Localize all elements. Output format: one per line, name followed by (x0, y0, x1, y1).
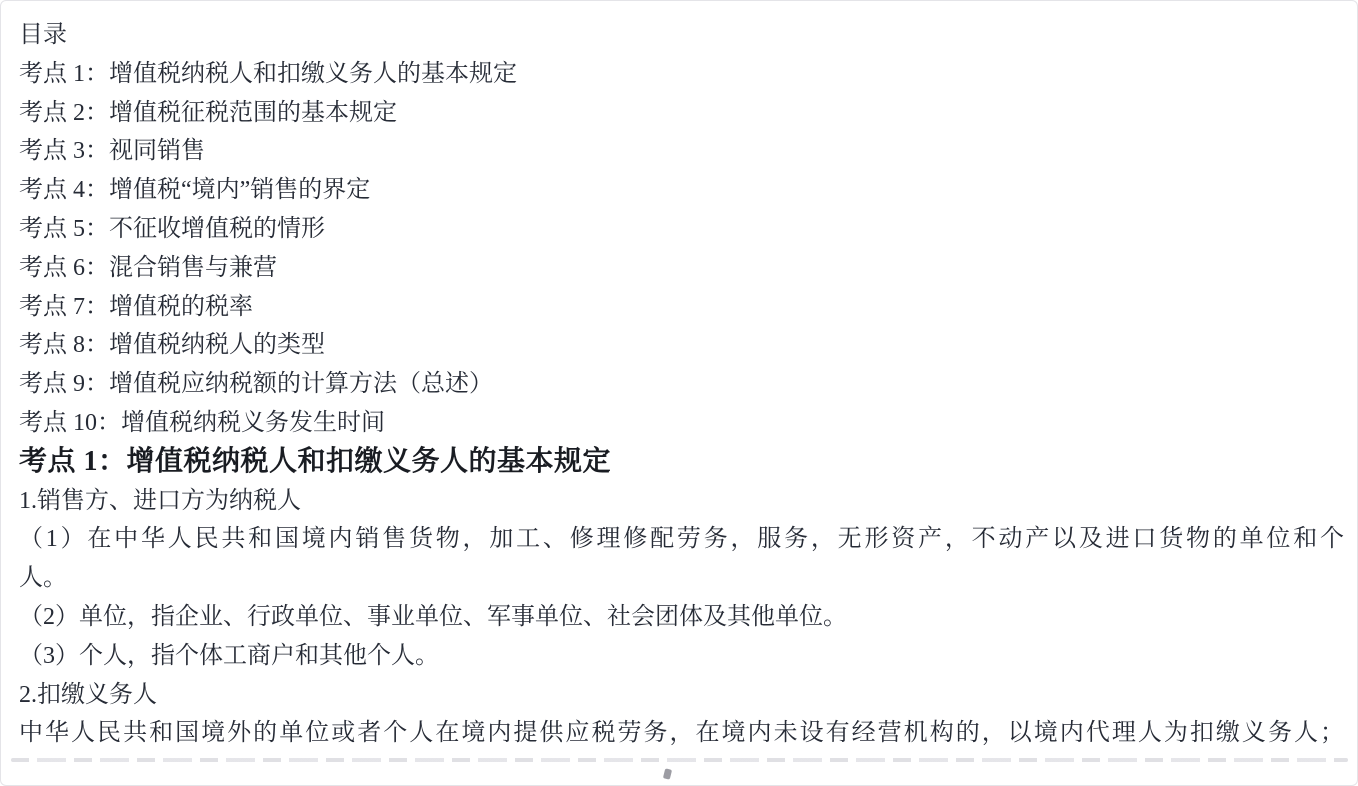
toc-item: 考点 3：视同销售 (19, 132, 1344, 171)
toc-item-list: 考点 1：增值税纳税人和扣缴义务人的基本规定考点 2：增值税征税范围的基本规定考… (19, 55, 1344, 443)
toc-item: 考点 5：不征收增值税的情形 (19, 210, 1344, 249)
toc-title: 目录 (19, 16, 1344, 55)
toc-item: 考点 9：增值税应纳税额的计算方法（总述） (19, 365, 1344, 404)
toc-item: 考点 1：增值税纳税人和扣缴义务人的基本规定 (19, 55, 1344, 94)
cutoff-text-artifact (11, 758, 1348, 762)
section-heading: 考点 1：增值税纳税人和扣缴义务人的基本规定 (19, 443, 1344, 482)
body-text-line: 1.销售方、进口方为纳税人 (19, 482, 1344, 521)
body-text-line: 中华人民共和国境外的单位或者个人在境内提供应税劳务，在境内未设有经营机构的，以境… (19, 714, 1344, 753)
body-text-line: 人。 (19, 559, 1344, 598)
body-text-line: （1）在中华人民共和国境内销售货物，加工、修理修配劳务，服务，无形资产，不动产以… (19, 520, 1344, 559)
toc-item: 考点 7：增值税的税率 (19, 288, 1344, 327)
toc-item: 考点 2：增值税征税范围的基本规定 (19, 94, 1344, 133)
smudge-artifact (663, 768, 672, 779)
toc-item: 考点 4：增值税“境内”销售的界定 (19, 171, 1344, 210)
toc-item: 考点 8：增值税纳税人的类型 (19, 326, 1344, 365)
document-page: 目录 考点 1：增值税纳税人和扣缴义务人的基本规定考点 2：增值税征税范围的基本… (0, 0, 1358, 786)
section-body: 1.销售方、进口方为纳税人（1）在中华人民共和国境内销售货物，加工、修理修配劳务… (19, 482, 1344, 754)
table-of-contents: 目录 考点 1：增值税纳税人和扣缴义务人的基本规定考点 2：增值税征税范围的基本… (19, 16, 1344, 443)
body-text-line: （3）个人，指个体工商户和其他个人。 (19, 637, 1344, 676)
body-text-line: （2）单位，指企业、行政单位、事业单位、军事单位、社会团体及其他单位。 (19, 598, 1344, 637)
toc-item: 考点 6：混合销售与兼营 (19, 249, 1344, 288)
body-text-line: 2.扣缴义务人 (19, 676, 1344, 715)
toc-item: 考点 10：增值税纳税义务发生时间 (19, 404, 1344, 443)
